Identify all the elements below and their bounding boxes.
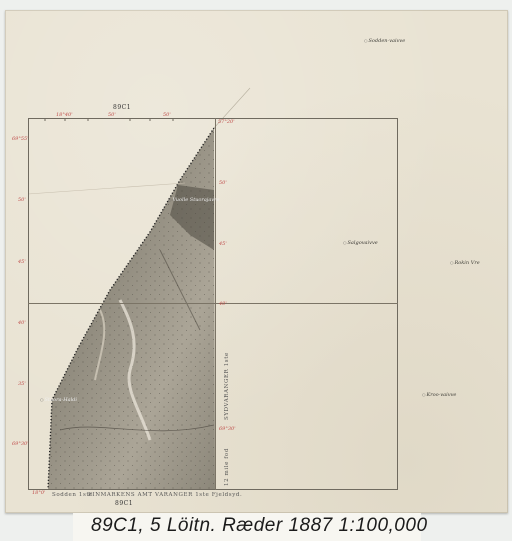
place-label: Rokin Vre [450, 260, 480, 266]
grid-line-vertical [215, 118, 216, 490]
coord-left-6: 69°30' [12, 441, 29, 447]
place-label: Salgovaivve [343, 240, 378, 246]
neatline-frame [28, 118, 398, 490]
coord-inner-4: 69°30' [219, 426, 236, 432]
coord-top-1: 18°40' [56, 112, 73, 118]
place-label: Stuora-Haldi [40, 397, 77, 403]
coord-left-7: 18°0' [32, 490, 45, 496]
coord-top-3: 50' [163, 112, 171, 118]
coord-top-2: 50' [108, 112, 116, 118]
border-text-scale: 12 mile fod [224, 448, 230, 486]
sheet-id-top: 89C1 [113, 104, 131, 111]
sheet-id-bottom: 89C1 [115, 500, 133, 507]
grid-line-horizontal [28, 303, 398, 304]
coord-inner-3: 40' [219, 301, 227, 307]
coord-left-5: 35' [18, 381, 26, 387]
coord-top-4: 57°20' [218, 119, 235, 125]
coord-inner-1: 50' [219, 180, 227, 186]
coord-left-4: 40' [18, 320, 26, 326]
place-label: Kroo-vaivve [422, 392, 456, 398]
place-label: Vuolle Stuorajavre [168, 197, 220, 203]
border-text-bottom-center: FINMARKENS AMT VARANGER 1ste Fjeldsyd. [88, 492, 242, 498]
catalog-caption: 89C1, 5 Löitn. Ræder 1887 1:100,000 [91, 515, 428, 537]
place-label: Sodden-vaivve [364, 38, 405, 44]
border-text-vertical: SYDVARANGER 1ste [224, 352, 230, 420]
catalog-label: 89C1, 5 Löitn. Ræder 1887 1:100,000 [73, 513, 421, 541]
coord-left-3: 45' [18, 259, 26, 265]
coord-inner-2: 45' [219, 241, 227, 247]
coord-left-1: 69°55' [12, 136, 29, 142]
border-text-bottom-left: Sodden 1ste [52, 492, 93, 498]
coord-left-2: 50' [18, 197, 26, 203]
